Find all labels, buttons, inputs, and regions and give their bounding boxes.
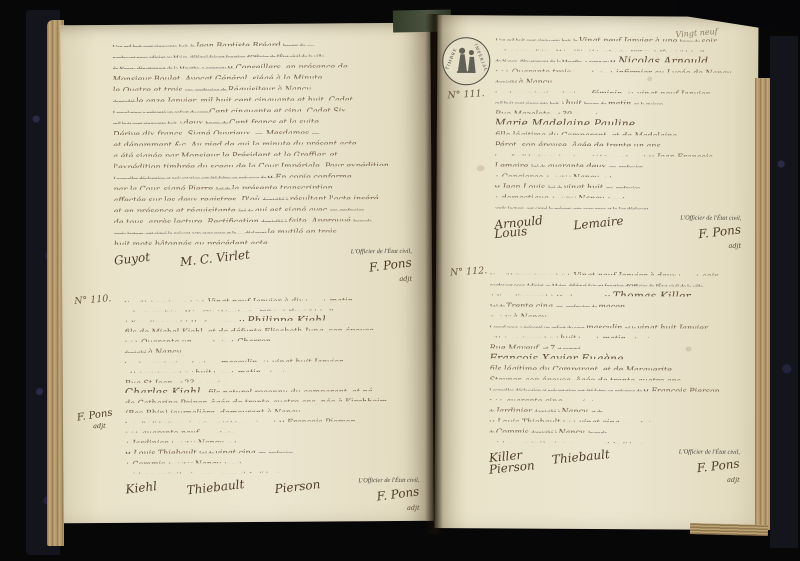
act-112-signatures: KillerThiebaultPierson L'Officier de l'É… — [489, 447, 748, 484]
margin-note: Le Maire de la ville de NancyCertifie qu… — [68, 311, 125, 395]
margin-signature-sub: adjt — [93, 421, 125, 429]
text-line: KiehlThiebaultPierson — [125, 477, 350, 494]
officer-label: L'Officier de l'État civil, — [679, 449, 740, 456]
signatures-left: KiehlThiebaultPierson — [125, 477, 350, 494]
signature: Pierson — [274, 477, 321, 496]
officer-sub-label: adjt — [359, 503, 420, 511]
text-line: KillerThiebault — [489, 447, 640, 458]
handwritten-text: François Pierson, — [651, 386, 722, 391]
text-line: après lecture, ont signé le présent acte… — [125, 461, 427, 473]
officer-sub-label: adjt — [680, 241, 741, 249]
margin-signature-name: F. Pons — [76, 407, 113, 423]
officer-signature-block: L'Officier de l'État civil, F. Pons adjt — [358, 476, 427, 511]
act-110-signatures: KiehlThiebaultPierson L'Officier de l'Ét… — [125, 476, 427, 513]
text-line: après lecture, ont signé le présent acte… — [494, 197, 749, 209]
signatures-left: KillerThiebaultPierson — [489, 447, 640, 469]
foxing-spot — [686, 347, 692, 352]
foxing-spot — [477, 165, 485, 171]
signatures-left: ArnouldLemaireLouis — [494, 213, 653, 235]
handwritten-text: infirmier au Lycée de Nancy — [616, 68, 731, 73]
text-line: GuyotM. C. Virlet — [114, 249, 280, 265]
officer-signature-block: L'Officier de l'État civil, F. Pons adjt — [680, 214, 749, 249]
act-111: TIMBRE IMPÉRIAL N° 111. L'an — [436, 29, 758, 249]
officer-sub-label: adjt — [679, 476, 740, 484]
act-number: N° 112. — [450, 264, 491, 278]
act-111-body: L'an mil huit cent cinquante-huit, le Vi… — [494, 29, 758, 249]
act-112-margin: N° 112. — [435, 264, 490, 483]
book-cover-right — [770, 36, 798, 548]
handwritten-text: Jean François — [657, 152, 713, 157]
officer-label: L'Officier de l'État civil, — [358, 476, 419, 483]
act-112: N° 112. L'an mil huit cent cinquante-hui… — [435, 264, 757, 484]
act-110: N° 110. Le Maire de la ville de NancyCer… — [62, 290, 434, 514]
act-110-body: L'an mil huit cent cinquante-huit, le Vi… — [124, 290, 434, 514]
page-edges-bottom — [690, 523, 768, 536]
officer-signature: F. Pons — [698, 222, 742, 241]
signatures-left: GuyotM. C. Virlet — [114, 249, 280, 265]
register-book-scan: L'an mil huit cent cinquante-huit, le Je… — [0, 0, 800, 561]
act-transcription-text: L'an mil huit cent cinquante-huit, le Je… — [112, 34, 419, 245]
handwritten-text: huit mots bâtonnés au précédent acte. — [114, 239, 270, 245]
text-line: huit mots bâtonnés au précédent acte. — [114, 232, 420, 245]
signature: Thiebault — [186, 477, 245, 497]
text-line: ArnouldLemaire — [494, 213, 653, 224]
signature: M. C. Virlet — [179, 247, 250, 269]
signature: Kiehl — [125, 479, 158, 496]
margin-note-signature: F. Pons adjt — [77, 402, 125, 429]
act-111-text: L'an mil huit cent cinquante-huit, le Vi… — [494, 29, 750, 209]
handwritten-text: soir — [703, 271, 718, 276]
officer-signature-block: L'Officier de l'État civil, F. Pons adjt — [679, 449, 748, 484]
officer-signature: F. Pons — [376, 484, 420, 503]
act-112-body: L'an mil huit cent cinquante-huit, le Vi… — [489, 264, 757, 484]
signature: Louis — [494, 224, 528, 241]
act-111-margin: TIMBRE IMPÉRIAL N° 111. — [436, 29, 495, 248]
officer-signature-block: L'Officier de l'État civil, F. Pons adjt — [351, 248, 420, 283]
book-gutter-shadow — [425, 14, 443, 534]
officer-signature: F. Pons — [368, 255, 412, 274]
act-number: N° 110. — [74, 292, 125, 307]
act-110-margin: N° 110. Le Maire de la ville de NancyCer… — [62, 292, 126, 514]
act-number: N° 111. — [437, 87, 496, 102]
foxing-spot — [647, 76, 652, 81]
officer-signature: F. Pons — [696, 456, 740, 475]
act-110-text: L'an mil huit cent cinquante-huit, le Vi… — [124, 290, 427, 474]
text-line: Le Maire de la ville de Nancy — [68, 311, 124, 319]
text-line: entre Philippe Kiehl — [69, 364, 125, 372]
text-line: de Nancy, le Sept Novembre — [69, 349, 125, 357]
act-111-signatures: ArnouldLemaireLouis L'Officier de l'État… — [494, 213, 749, 250]
act-transcription-signatures: GuyotM. C. Virlet L'Officier de l'État c… — [114, 248, 420, 285]
stamp-figure-icon — [449, 43, 483, 77]
left-page: L'an mil huit cent cinquante-huit, le Je… — [60, 23, 433, 524]
signature: Guyot — [113, 250, 150, 268]
printed-text: après lecture, ont signé le présent acte… — [489, 441, 643, 444]
officer-sub-label: adjt — [351, 275, 412, 283]
text-line: Nancy le 9 Novembre 1858 — [69, 387, 125, 395]
text-line: après lecture, ont signé le présent acte… — [489, 432, 748, 444]
text-line: mentionné en l'acte ci-contre — [68, 326, 124, 334]
act-112-text: L'an mil huit cent cinquante-huit, le Vi… — [489, 264, 749, 444]
printed-text: après lecture, ont signé le présent acte… — [125, 471, 279, 473]
officer-label: L'Officier de l'État civil, — [680, 214, 741, 221]
right-page: Vingt neuf TIMBRE IMPÉRIAL — [434, 15, 758, 530]
timbre-imperial-stamp: TIMBRE IMPÉRIAL — [442, 37, 490, 85]
act-transcription: L'an mil huit cent cinquante-huit, le Je… — [112, 34, 420, 285]
printed-text: après lecture, ont signé le présent acte… — [494, 206, 648, 209]
officer-label: L'Officier de l'État civil, — [351, 248, 412, 255]
